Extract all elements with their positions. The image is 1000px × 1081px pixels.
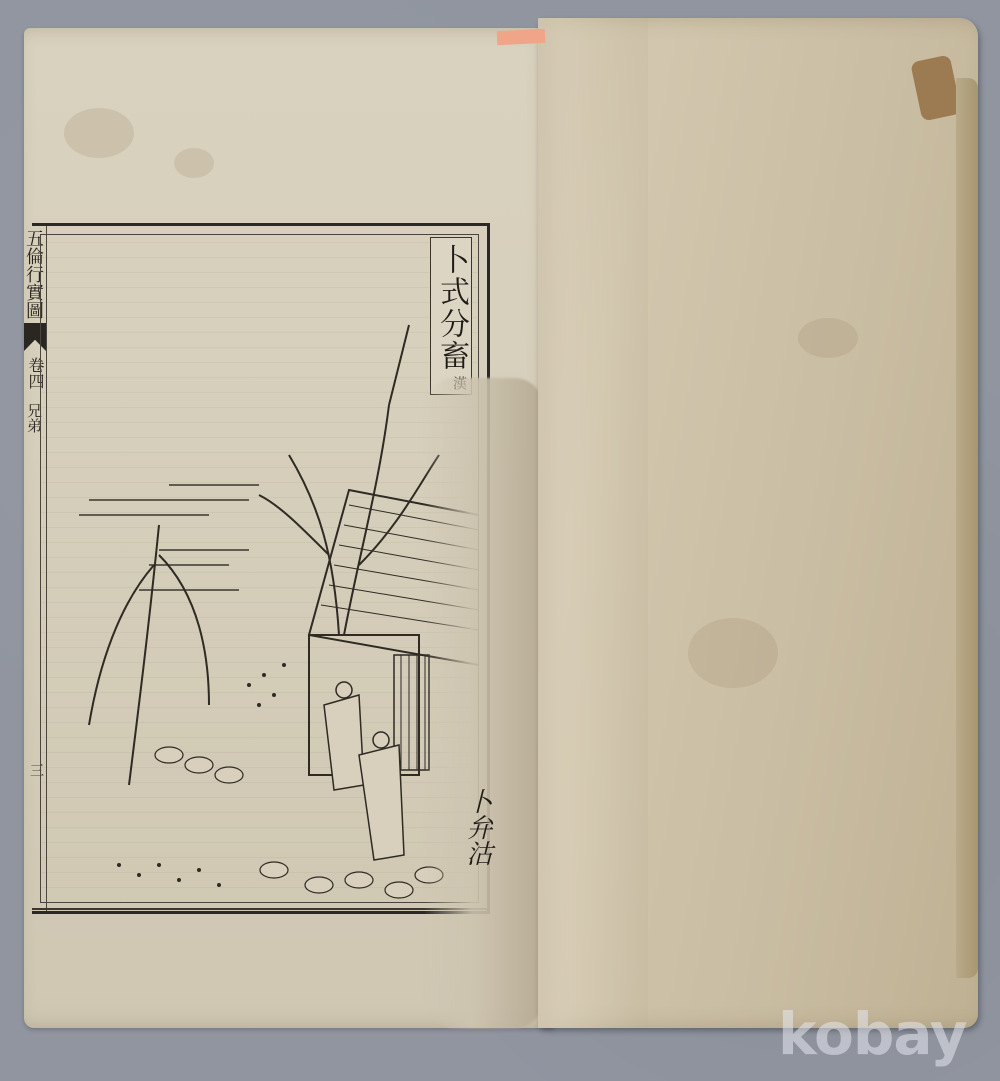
bottom-rule: [32, 908, 487, 910]
torn-gutter: [424, 378, 544, 1028]
illustration-title-cartouche: 卜式分畜 漢: [430, 237, 472, 395]
paper-stain: [64, 108, 134, 158]
illustration-title: 卜式分畜: [436, 244, 466, 372]
corner-wear: [910, 54, 962, 121]
index-tab: [497, 29, 546, 45]
paper-stain: [174, 148, 214, 178]
spine-fold: [538, 18, 648, 1028]
print-frame: 卜式分畜 漢: [32, 223, 490, 914]
paper-stain: [688, 618, 778, 688]
right-page: [538, 18, 978, 1028]
inscription: 卜弁沽: [464, 788, 490, 866]
edge-wear: [956, 78, 978, 978]
watermark: kobay: [778, 1000, 967, 1068]
book: 五倫行實圖 卷四 兄弟 三: [24, 18, 979, 1038]
illustration-panel: 卜式分畜 漢: [40, 234, 479, 903]
left-page: 五倫行實圖 卷四 兄弟 三: [24, 28, 554, 1028]
woodblock-illustration: [59, 305, 479, 905]
paper-stain: [798, 318, 858, 358]
